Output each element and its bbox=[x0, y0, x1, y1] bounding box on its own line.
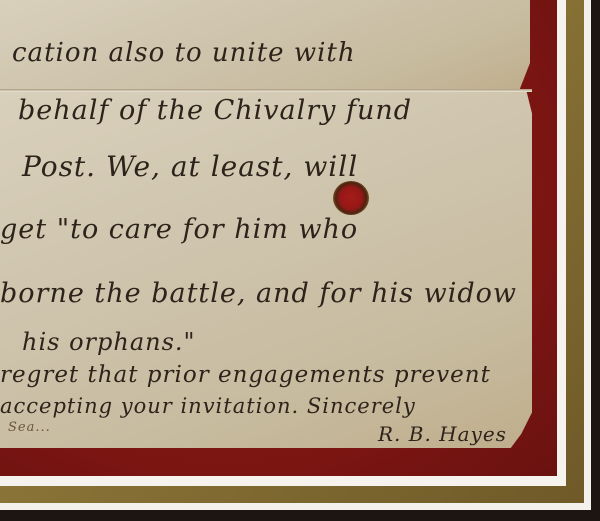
outer-white-fillet: cation also to unite with behalf of the … bbox=[0, 0, 591, 510]
letter-line-3: Post. We, at least, will bbox=[22, 150, 358, 183]
burn-hole bbox=[333, 181, 369, 215]
picture-frame: cation also to unite with behalf of the … bbox=[0, 0, 600, 521]
letter-line-8: accepting your invitation. Sincerely bbox=[0, 394, 416, 418]
paper-fold-crease bbox=[0, 89, 532, 92]
letter-paper-main-fragment: behalf of the Chivalry fund Post. We, at… bbox=[0, 92, 532, 448]
gold-mat: cation also to unite with behalf of the … bbox=[0, 0, 584, 503]
inner-white-fillet: cation also to unite with behalf of the … bbox=[0, 0, 566, 486]
signature: R. B. Hayes bbox=[378, 422, 507, 446]
letter-line-7: regret that prior engagements prevent bbox=[0, 362, 491, 388]
margin-note: Sea... bbox=[8, 420, 51, 435]
letter-line-6: his orphans." bbox=[22, 328, 196, 356]
letter-paper-upper-fragment: cation also to unite with bbox=[0, 0, 530, 90]
letter-line-4: get "to care for him who bbox=[0, 214, 358, 245]
letter-line-1: cation also to unite with bbox=[12, 38, 356, 68]
letter-line-2: behalf of the Chivalry fund bbox=[18, 95, 412, 126]
red-mat: cation also to unite with behalf of the … bbox=[0, 0, 557, 476]
letter-line-5: borne the battle, and for his widow bbox=[0, 278, 517, 309]
